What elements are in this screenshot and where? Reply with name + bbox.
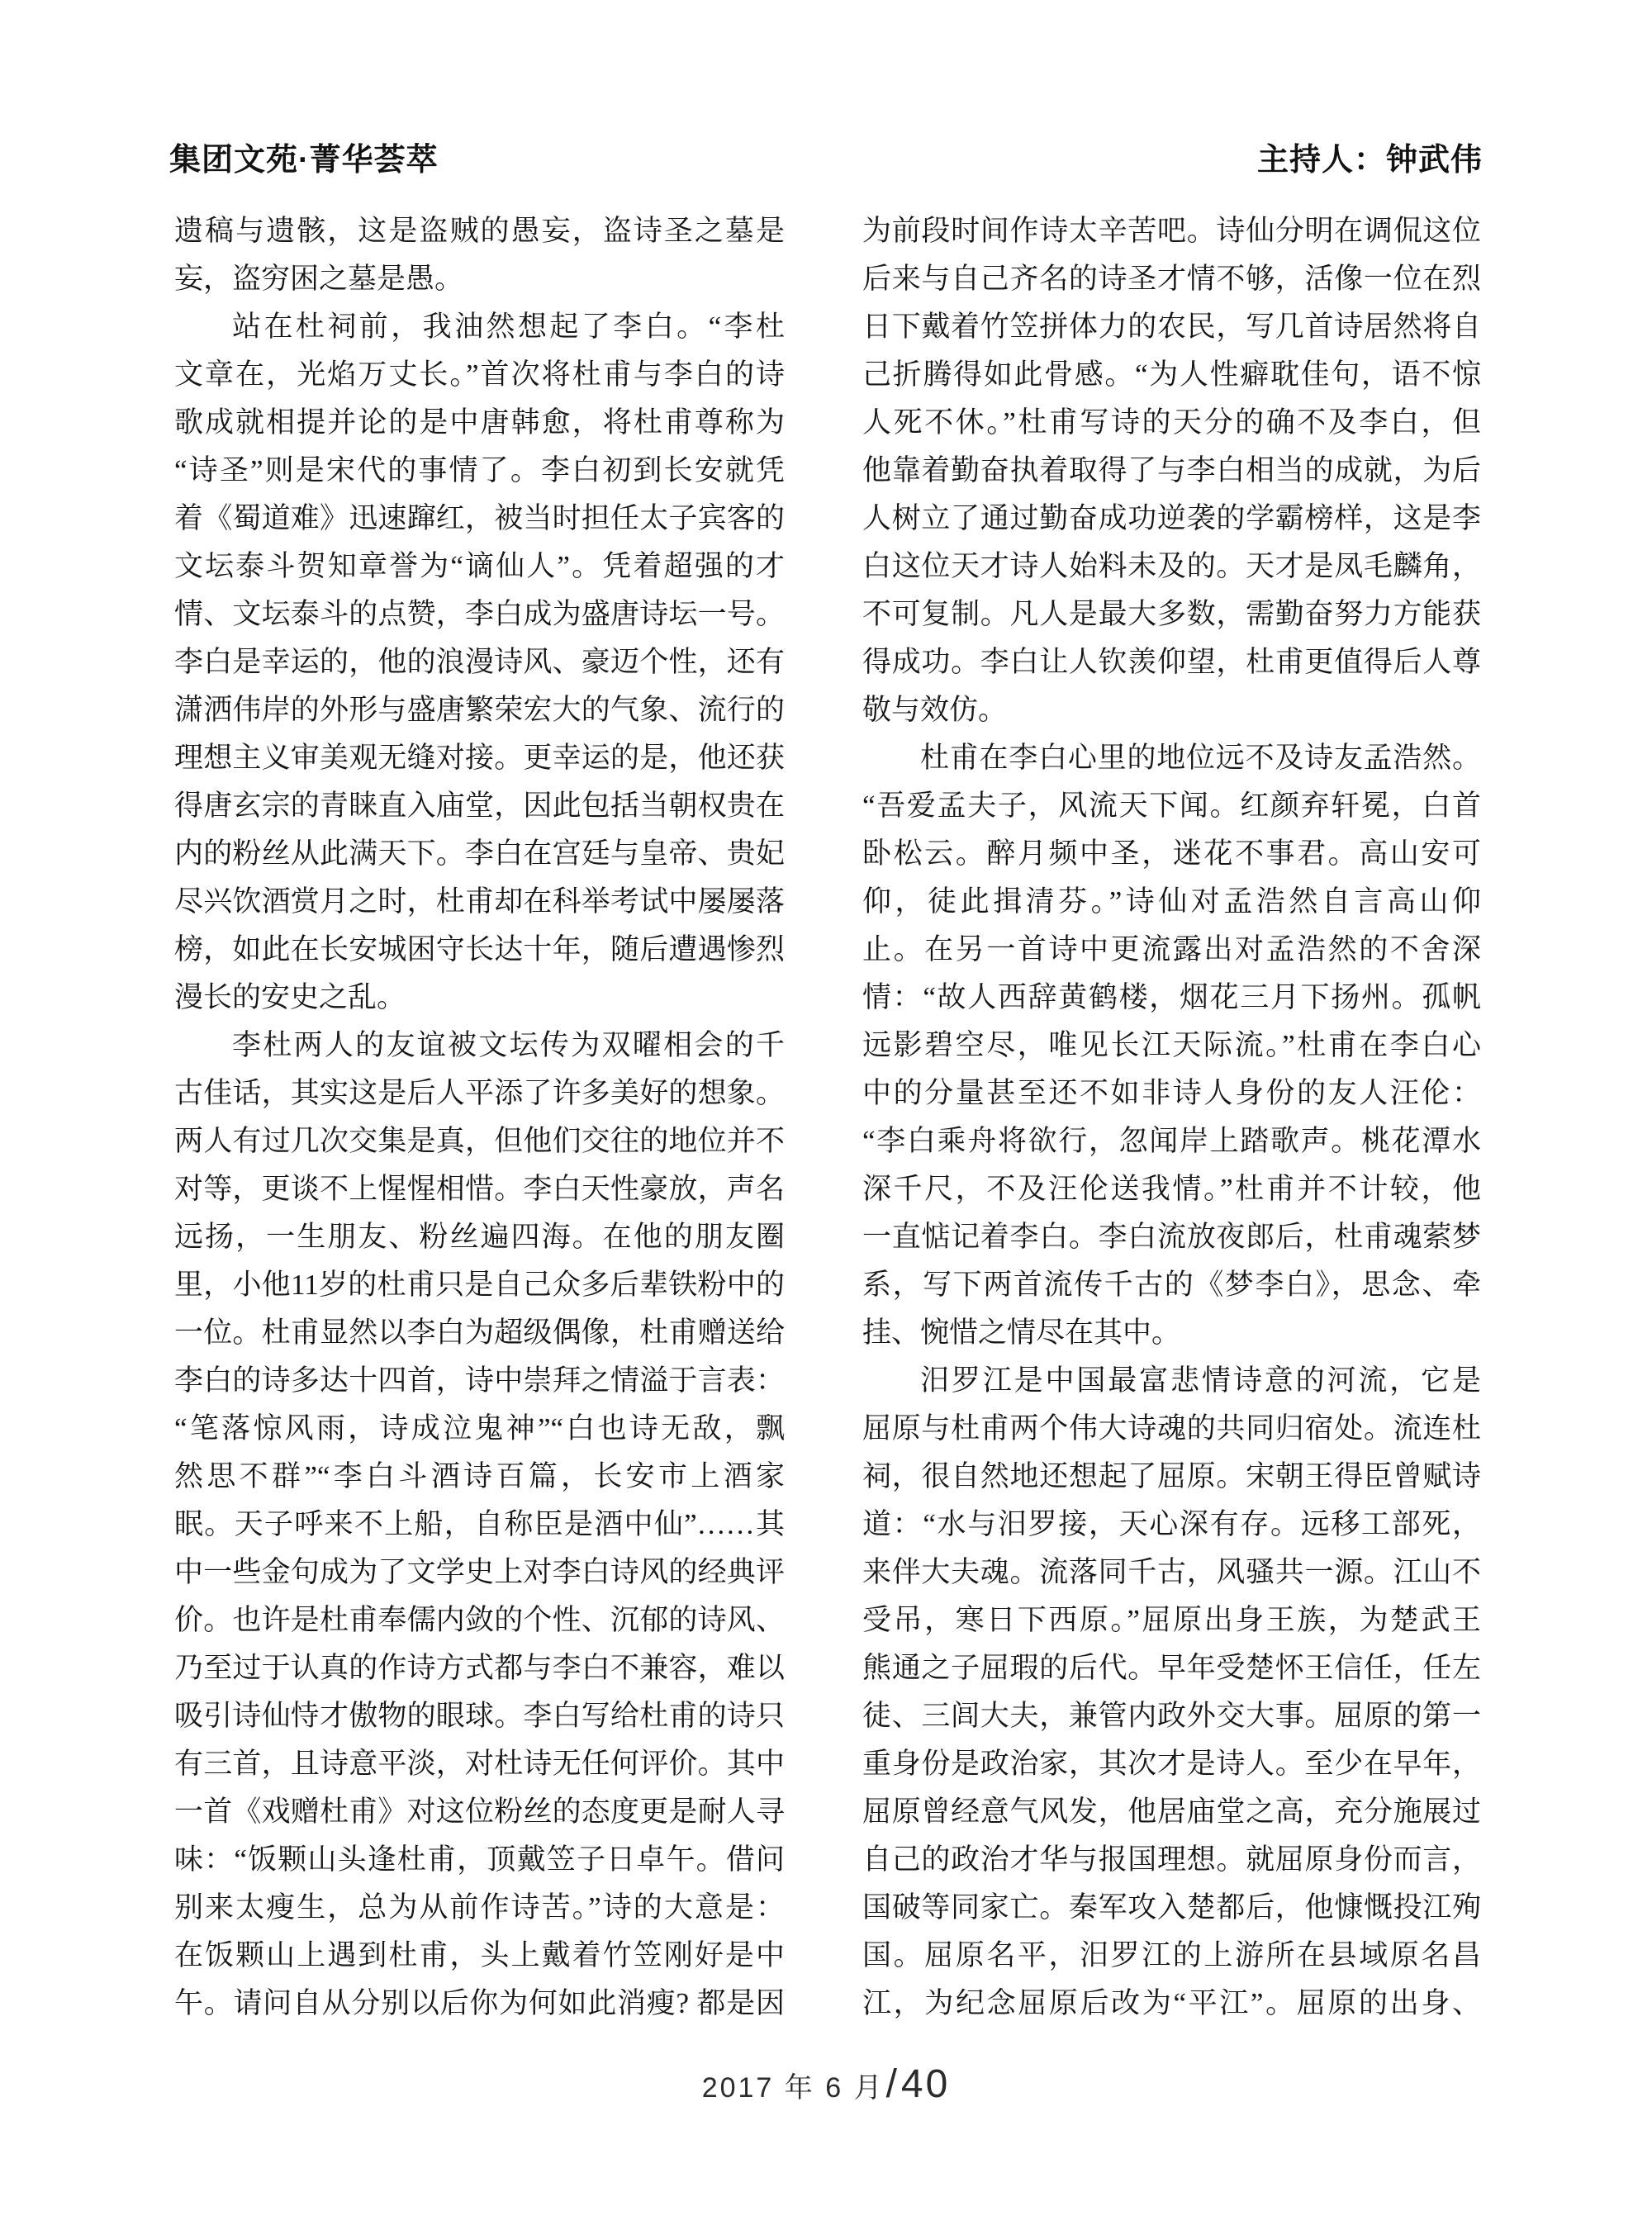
text-line: 人死不休。”杜甫写诗的天分的确不及李白，但 (862, 399, 1481, 447)
text-line: 受吊，寒日下西原。”屈原出身王族，为楚武王 (862, 1596, 1481, 1644)
text-line: 别来太瘦生，总为从前作诗苦。”诗的大意是： (174, 1884, 785, 1932)
text-line: 屈原与杜甫两个伟大诗魂的共同归宿处。流连杜 (862, 1405, 1481, 1453)
text-line: 江，为纪念屈原后改为“平江”。屈原的出身、 (862, 1980, 1481, 2028)
text-line: 一位。杜甫显然以李白为超级偶像，杜甫赠送给 (174, 1309, 785, 1357)
text-line: 李白的诗多达十四首，诗中崇拜之情溢于言表： (174, 1357, 785, 1405)
text-line: 来伴大夫魂。流落同千古，风骚共一源。江山不 (862, 1549, 1481, 1596)
text-line: 古佳话，其实这是后人平添了许多美好的想象。 (174, 1070, 785, 1117)
text-line: 味：“饭颗山头逢杜甫，顶戴笠子日卓午。借问 (174, 1836, 785, 1884)
text-line: 得唐玄宗的青睐直入庙堂，因此包括当朝权贵在 (174, 782, 785, 830)
text-line: 情：“故人西辞黄鹤楼，烟花三月下扬州。孤帆 (862, 974, 1481, 1022)
text-line: 国。屈原名平，汨罗江的上游所在县域原名昌 (862, 1932, 1481, 1980)
text-line: “笔落惊风雨，诗成泣鬼神”“白也诗无敌，飘 (174, 1405, 785, 1453)
text-line: 李杜两人的友谊被文坛传为双曜相会的千 (174, 1022, 785, 1070)
text-line: “吾爱孟夫子，风流天下闻。红颜弃轩冕，白首 (862, 782, 1481, 830)
text-line: 系，写下两首流传千古的《梦李白》，思念、牵 (862, 1261, 1481, 1309)
text-line: 吸引诗仙恃才傲物的眼球。李白写给杜甫的诗只 (174, 1692, 785, 1740)
text-line: 自己的政治才华与报国理想。就屈原身份而言， (862, 1836, 1481, 1884)
text-line: 中的分量甚至还不如非诗人身份的友人汪伦： (862, 1070, 1481, 1117)
text-line: 歌成就相提并论的是中唐韩愈，将杜甫尊称为 (174, 399, 785, 447)
text-line: “诗圣”则是宋代的事情了。李白初到长安就凭 (174, 447, 785, 495)
footer-slash: / (885, 2061, 901, 2107)
text-line: 午。请问自从分别以后你为何如此消瘦? 都是因 (174, 1980, 785, 2028)
text-line: 尽兴饮酒赏月之时，杜甫却在科举考试中屡屡落 (174, 878, 785, 926)
text-line: 情、文坛泰斗的点赞，李白成为盛唐诗坛一号。 (174, 591, 785, 638)
text-line: 远影碧空尽，唯见长江天际流。”杜甫在李白心 (862, 1022, 1481, 1070)
text-line: 文坛泰斗贺知章誉为“谪仙人”。凭着超强的才 (174, 543, 785, 591)
text-line: 道：“水与汨罗接，天心深有存。远移工部死， (862, 1501, 1481, 1549)
text-line: 国破等同家亡。秦军攻入楚都后，他慷慨投江殉 (862, 1884, 1481, 1932)
text-line: 乃至过于认真的作诗方式都与李白不兼容，难以 (174, 1644, 785, 1692)
text-line: 敬与效仿。 (862, 686, 1481, 734)
text-line: 己折腾得如此骨感。“为人性癖耽佳句，语不惊 (862, 351, 1481, 399)
page-header: 集团文苑·菁华荟萃 主持人：钟武伟 (169, 142, 1483, 178)
text-line: 漫长的安史之乱。 (174, 974, 785, 1022)
issue-date: 2017 年 6 月 (702, 2065, 885, 2105)
text-line: 对等，更谈不上惺惺相惜。李白天性豪放，声名 (174, 1165, 785, 1213)
text-line: 榜，如此在长安城困守长达十年，随后遭遇惨烈 (174, 926, 785, 974)
text-line: 文章在，光焰万丈长。”首次将杜甫与李白的诗 (174, 351, 785, 399)
text-line: 眠。天子呼来不上船，自称臣是酒中仙”……其 (174, 1501, 785, 1549)
text-line: 卧松云。醉月频中圣，迷花不事君。高山安可 (862, 830, 1481, 878)
text-line: 理想主义审美观无缝对接。更幸运的是，他还获 (174, 734, 785, 782)
text-line: 祠，很自然地还想起了屈原。宋朝王得臣曾赋诗 (862, 1453, 1481, 1501)
text-line: 不可复制。凡人是最大多数，需勤奋努力方能获 (862, 591, 1481, 638)
text-line: 重身份是政治家，其次才是诗人。至少在早年， (862, 1740, 1481, 1788)
text-line: 遗稿与遗骸，这是盗贼的愚妄，盗诗圣之墓是 (174, 207, 785, 255)
text-line: “李白乘舟将欲行，忽闻岸上踏歌声。桃花潭水 (862, 1117, 1481, 1165)
text-line: 他靠着勤奋执着取得了与李白相当的成就，为后 (862, 447, 1481, 495)
text-line: 站在杜祠前，我油然想起了李白。“李杜 (174, 303, 785, 351)
text-line: 日下戴着竹笠拼体力的农民，写几首诗居然将自 (862, 303, 1481, 351)
text-line: 止。在另一首诗中更流露出对孟浩然的不舍深 (862, 926, 1481, 974)
text-line: 一首《戏赠杜甫》对这位粉丝的态度更是耐人寻 (174, 1788, 785, 1836)
text-line: 李白是幸运的，他的浪漫诗风、豪迈个性，还有 (174, 638, 785, 686)
text-line: 里，小他11岁的杜甫只是自己众多后辈铁粉中的 (174, 1261, 785, 1309)
text-line: 潇洒伟岸的外形与盛唐繁荣宏大的气象、流行的 (174, 686, 785, 734)
magazine-page: 集团文苑·菁华荟萃 主持人：钟武伟 遗稿与遗骸，这是盗贼的愚妄，盗诗圣之墓是妄，… (0, 0, 1652, 2225)
text-line: 后来与自己齐名的诗圣才情不够，活像一位在烈 (862, 255, 1481, 303)
text-line: 妄，盗穷困之墓是愚。 (174, 255, 785, 303)
text-line: 一直惦记着李白。李白流放夜郎后，杜甫魂萦梦 (862, 1213, 1481, 1261)
text-line: 屈原曾经意气风发，他居庙堂之高，充分施展过 (862, 1788, 1481, 1836)
right-column: 为前段时间作诗太辛苦吧。诗仙分明在调侃这位后来与自己齐名的诗圣才情不够，活像一位… (862, 207, 1481, 2028)
text-line: 价。也许是杜甫奉儒内敛的个性、沉郁的诗风、 (174, 1596, 785, 1644)
page-footer: 2017 年 6 月 / 40 (0, 2061, 1652, 2107)
text-line: 两人有过几次交集是真，但他们交往的地位并不 (174, 1117, 785, 1165)
text-line: 中一些金句成为了文学史上对李白诗风的经典评 (174, 1549, 785, 1596)
text-line: 在饭颗山上遇到杜甫，头上戴着竹笠刚好是中 (174, 1932, 785, 1980)
left-column: 遗稿与遗骸，这是盗贼的愚妄，盗诗圣之墓是妄，盗穷困之墓是愚。站在杜祠前，我油然想… (174, 207, 785, 2028)
text-line: 远扬，一生朋友、粉丝遍四海。在他的朋友圈 (174, 1213, 785, 1261)
text-line: 内的粉丝从此满天下。李白在宫廷与皇帝、贵妃 (174, 830, 785, 878)
text-line: 得成功。李白让人钦羡仰望，杜甫更值得后人尊 (862, 638, 1481, 686)
text-line: 杜甫在李白心里的地位远不及诗友孟浩然。 (862, 734, 1481, 782)
text-line: 着《蜀道难》迅速蹿红，被当时担任太子宾客的 (174, 495, 785, 543)
text-line: 然思不群”“李白斗酒诗百篇，长安市上酒家 (174, 1453, 785, 1501)
text-line: 仰，徒此揖清芬。”诗仙对孟浩然自言高山仰 (862, 878, 1481, 926)
text-line: 熊通之子屈瑕的后代。早年受楚怀王信任，任左 (862, 1644, 1481, 1692)
text-line: 深千尺，不及汪伦送我情。”杜甫并不计较，他 (862, 1165, 1481, 1213)
text-line: 为前段时间作诗太辛苦吧。诗仙分明在调侃这位 (862, 207, 1481, 255)
text-line: 白这位天才诗人始料未及的。天才是凤毛麟角， (862, 543, 1481, 591)
text-line: 汨罗江是中国最富悲情诗意的河流，它是 (862, 1357, 1481, 1405)
text-line: 挂、惋惜之情尽在其中。 (862, 1309, 1481, 1357)
text-line: 人树立了通过勤奋成功逆袭的学霸榜样，这是李 (862, 495, 1481, 543)
page-number: 40 (901, 2061, 950, 2107)
host-label: 主持人：钟武伟 (1257, 142, 1483, 178)
text-line: 徒、三闾大夫，兼管内政外交大事。屈原的第一 (862, 1692, 1481, 1740)
text-line: 有三首，且诗意平淡，对杜诗无任何评价。其中 (174, 1740, 785, 1788)
section-title: 集团文苑·菁华荟萃 (169, 142, 439, 178)
